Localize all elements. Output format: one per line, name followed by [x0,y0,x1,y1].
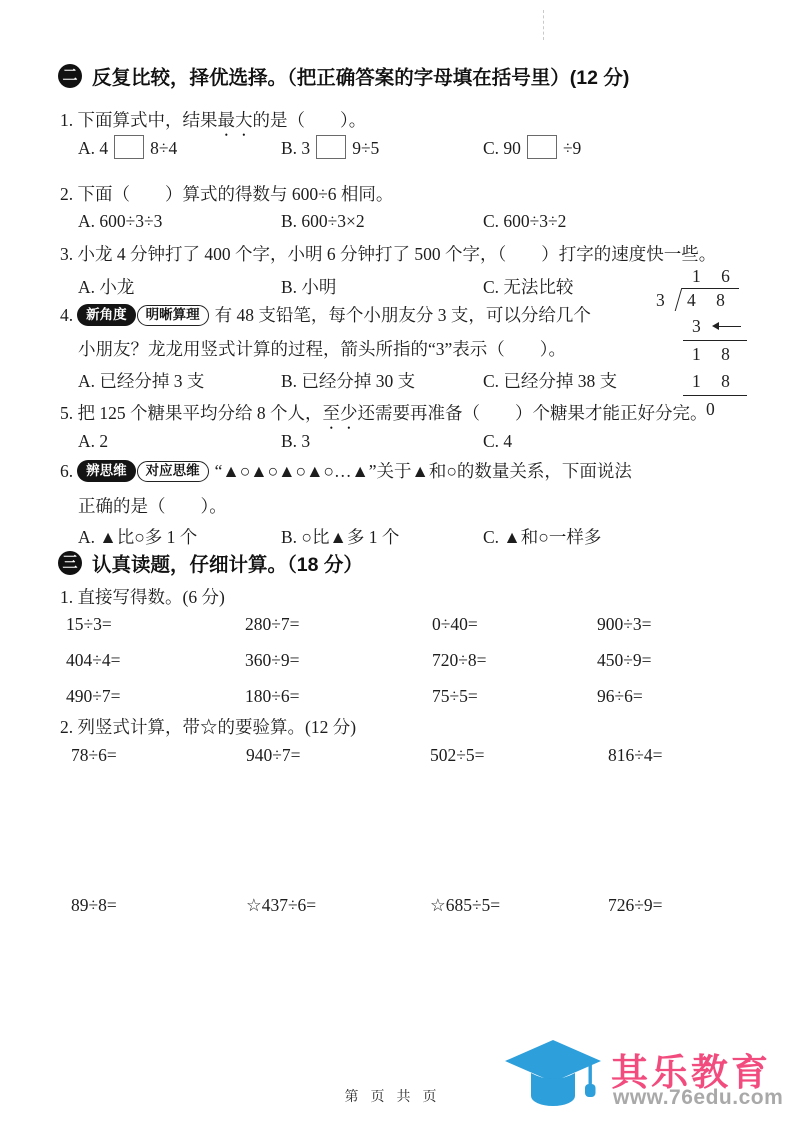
option-b: B. 600÷3×2 [281,211,365,232]
calc-item: 180÷6= [245,686,432,707]
option-c-text: C. 90 [483,138,521,158]
calc-item: 78÷6= [71,745,246,766]
calc-item: 940÷7= [246,745,430,766]
calc-item: 726÷9= [608,895,662,916]
long-division-diagram: 1 6 3 4 8 3 1 8 1 8 0 [656,266,747,420]
division-rule [683,395,747,396]
clear-reasoning-badge: 明晰算理 [137,305,209,326]
question-6: 6.辨思维对应思维“▲○▲○▲○▲○…▲”关于▲和○的数量关系，下面说法 [60,458,632,483]
question-5-text: 5. 把 125 个糖果平均分给 8 个人， [60,403,323,423]
missing-digit-box [114,135,144,159]
option-c: C. 600÷3÷2 [483,211,566,232]
option-b: B. 3 [281,431,310,452]
question-5: 5. 把 125 个糖果平均分给 8 个人，至少还需要再准备（ ）个糖果才能正好… [60,400,708,433]
calc-item: 360÷9= [245,650,432,671]
calc-item: ☆685÷5= [430,895,608,916]
fold-mark [543,10,544,40]
calc-part1-title: 1. 直接写得数。(6 分) [60,584,225,609]
question-1-emphasis: 最大 [218,110,253,130]
division-bracket-row: 3 4 8 [656,288,747,311]
section-two-icon: 二 [58,64,82,88]
option-a-text: A. 4 [78,138,108,158]
question-2-options: A. 600÷3÷3 B. 600÷3×2 C. 600÷3÷2 [0,211,793,241]
question-1-options: A. 48÷4 B. 39÷5 C. 90÷9 [0,135,793,165]
option-a: A. 2 [78,431,108,452]
calc-item: 15÷3= [66,614,245,635]
question-4-line1: 有 48 支铅笔，每个小朋友分 3 支，可以分给几个 [215,305,591,325]
new-angle-badge: 新角度 [77,304,136,326]
division-step-2: 1 8 [692,344,747,365]
option-c: C. 已经分掉 38 支 [483,368,617,393]
option-a: A. 600÷3÷3 [78,211,162,232]
question-1-text: 1. 下面算式中，结果 [60,110,218,130]
question-5-options: A. 2 B. 3 C. 4 [0,431,793,461]
question-6-number: 6. [60,461,73,481]
question-4-number: 4. [60,305,73,325]
question-3: 3. 小龙 4 分钟打了 400 个字，小明 6 分钟打了 500 个字，（ ）… [60,241,716,266]
question-2: 2. 下面（ ）算式的得数与 600÷6 相同。 [60,181,393,206]
calc-item: 280÷7= [245,614,432,635]
direct-computation-grid: 15÷3= 280÷7= 0÷40= 900÷3= 404÷4= 360÷9= … [66,614,651,707]
division-quotient: 1 6 [692,266,747,287]
question-4-line2: 小朋友？龙龙用竖式计算的过程，箭头所指的“3”表示（ ）。 [78,336,566,361]
calc-part2-title: 2. 列竖式计算，带☆的要验算。(12 分) [60,714,356,739]
question-5-text-end: 还需要再准备（ ）个糖果才能正好分完。 [358,403,708,423]
division-rule [683,340,747,341]
left-arrow-icon [714,326,741,327]
worksheet-page: 二 反复比较，择优选择。（把正确答案的字母填在括号里）(12 分) 1. 下面算… [0,0,793,1122]
option-a-text-end: 8÷4 [150,138,177,158]
calc-item: 502÷5= [430,745,608,766]
calc-item: 75÷5= [432,686,597,707]
question-6-line2: 正确的是（ ）。 [78,493,227,518]
calc-item: 96÷6= [597,686,651,707]
option-c: C. 90÷9 [483,135,581,159]
missing-digit-box [527,135,557,159]
section-calc-header: 三 认真读题，仔细计算。（18 分） [58,549,363,577]
missing-digit-box [316,135,346,159]
section-choice-title: 反复比较，择优选择。（把正确答案的字母填在括号里）(12 分) [92,62,629,90]
mapping-thinking-badge: 对应思维 [137,461,209,482]
graduation-cap-icon [502,1036,604,1117]
option-a: A. 48÷4 [78,135,177,159]
division-step-1: 3 [692,316,747,337]
calc-item: 900÷3= [597,614,651,635]
section-calc-title: 认真读题，仔细计算。（18 分） [92,549,363,577]
division-remainder: 0 [706,399,747,420]
section-three-icon: 三 [58,551,82,575]
question-5-emphasis: 至少 [323,403,358,423]
option-c: C. 4 [483,431,512,452]
division-dividend: 4 8 [682,288,739,311]
calc-item: 816÷4= [608,745,662,766]
question-6-line1: “▲○▲○▲○▲○…▲”关于▲和○的数量关系，下面说法 [215,461,632,481]
brand-url: www.76edu.com [613,1086,783,1110]
section-choice-header: 二 反复比较，择优选择。（把正确答案的字母填在括号里）(12 分) [58,62,629,90]
question-4: 4.新角度明晰算理有 48 支铅笔，每个小朋友分 3 支，可以分给几个 [60,302,591,327]
option-a: A. ▲比○多 1 个 [78,524,197,549]
calc-item: 404÷4= [66,650,245,671]
option-b: B. 小明 [281,274,336,299]
question-1-text-end: 的是（ ）。 [253,110,367,130]
division-step-1-value: 3 [692,316,701,336]
option-c-text-end: ÷9 [563,138,581,158]
option-b-text: B. 3 [281,138,310,158]
vertical-calc-row-1: 78÷6= 940÷7= 502÷5= 816÷4= [71,745,662,766]
calc-item: 89÷8= [71,895,246,916]
calc-item: 450÷9= [597,650,651,671]
calc-item: ☆437÷6= [246,895,430,916]
division-step-3: 1 8 [692,371,747,392]
option-b: B. ○比▲多 1 个 [281,524,399,549]
calc-item: 490÷7= [66,686,245,707]
calc-item: 720÷8= [432,650,597,671]
calc-item: 0÷40= [432,614,597,635]
option-b: B. 39÷5 [281,135,379,159]
vertical-calc-row-2: 89÷8= ☆437÷6= ☆685÷5= 726÷9= [71,895,662,916]
option-b-text-end: 9÷5 [352,138,379,158]
option-a: A. 已经分掉 3 支 [78,368,204,393]
thinking-badge: 辨思维 [77,460,136,482]
option-c: C. 无法比较 [483,274,573,299]
option-b: B. 已经分掉 30 支 [281,368,415,393]
option-a: A. 小龙 [78,274,134,299]
option-c: C. ▲和○一样多 [483,524,601,549]
